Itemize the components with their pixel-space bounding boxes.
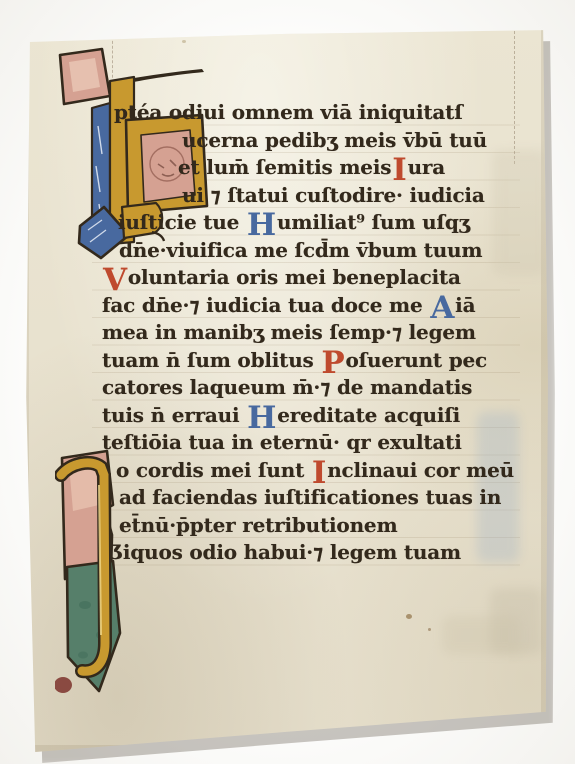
text-segment: ura (408, 155, 445, 179)
ms-line: catores laqueum m̄·⁊ de mandatis (102, 375, 472, 399)
ms-line: Ʒiquos odio habui·⁊ legem tuam (110, 540, 461, 564)
text-segment: mea in manibʒ meis ſemp·⁊ legem (102, 320, 476, 344)
photo-background: L (0, 0, 575, 764)
text-segment: teſtiōia tua in eternū· qr exultati (102, 430, 462, 454)
text-segment: oſuerunt pec (345, 348, 487, 372)
ms-line: tuam n̄ ſum oblitus Poſuerunt pec (102, 348, 487, 372)
text-segment: o cordis mei ſunt (116, 458, 311, 482)
text-segment: ucerna pedibʒ meis v̄bū tuū (182, 128, 487, 152)
ms-line: ptéa odiui omnem viā iniquitatſ (114, 100, 463, 124)
ms-line: mea in manibʒ meis ſemp·⁊ legem (102, 320, 476, 344)
ms-line: fac dn̄e·⁊ iudicia tua doce me Aiā (102, 293, 475, 317)
manuscript-leaf: L (22, 10, 550, 755)
ms-line: tuis n̄ erraui Hereditate acquiſi (102, 403, 460, 427)
text-segment: dn̄e·viuifica me ſcd̄m v̄bum tuum (119, 238, 482, 262)
text-segment: ereditate acquiſi (277, 403, 460, 427)
text-segment: tuis n̄ erraui (102, 403, 246, 427)
ms-line: o cordis mei ſunt Inclinaui cor meū (116, 458, 514, 482)
ms-line: iuſticie tue Humiliat⁹ ſum uſqʒ (118, 210, 470, 234)
text-segment: umiliat⁹ ſum uſqʒ (277, 210, 470, 234)
text-segment: catores laqueum m̄·⁊ de mandatis (102, 375, 472, 399)
text-block: ptéa odiui omnem viā iniquitatſucerna pe… (22, 10, 550, 755)
ms-line: Voluntaria oris mei beneplacita (102, 265, 461, 289)
text-segment: iuſticie tue (118, 210, 246, 234)
ms-line: ui ⁊ ſtatui cuſtodire· iudicia (182, 183, 485, 207)
ms-line: ad faciendas iuſtificationes tuas in (119, 485, 501, 509)
text-segment: fac dn̄e·⁊ iudicia tua doce me (102, 293, 429, 317)
text-segment: Ʒiquos odio habui·⁊ legem tuam (110, 540, 461, 564)
text-segment: ad faciendas iuſtificationes tuas in (119, 485, 501, 509)
ms-line: teſtiōia tua in eternū· qr exultati (102, 430, 462, 454)
text-segment: nclinaui cor meū (327, 458, 514, 482)
ms-line: dn̄e·viuifica me ſcd̄m v̄bum tuum (119, 238, 482, 262)
ms-line: et lum̄ ſemitis meisIura (178, 155, 445, 179)
text-segment: oluntaria oris mei beneplacita (128, 265, 461, 289)
text-segment: ptéa odiui omnem viā iniquitatſ (114, 100, 463, 124)
text-segment: tuam n̄ ſum oblitus (102, 348, 320, 372)
text-segment: et lum̄ ſemitis meis (178, 155, 391, 179)
text-segment: iā (455, 293, 475, 317)
text-segment: et̄nū·p̄pter retributionem (119, 513, 397, 537)
ms-line: et̄nū·p̄pter retributionem (119, 513, 397, 537)
ms-line: ucerna pedibʒ meis v̄bū tuū (182, 128, 487, 152)
text-segment: ui ⁊ ſtatui cuſtodire· iudicia (182, 183, 485, 207)
